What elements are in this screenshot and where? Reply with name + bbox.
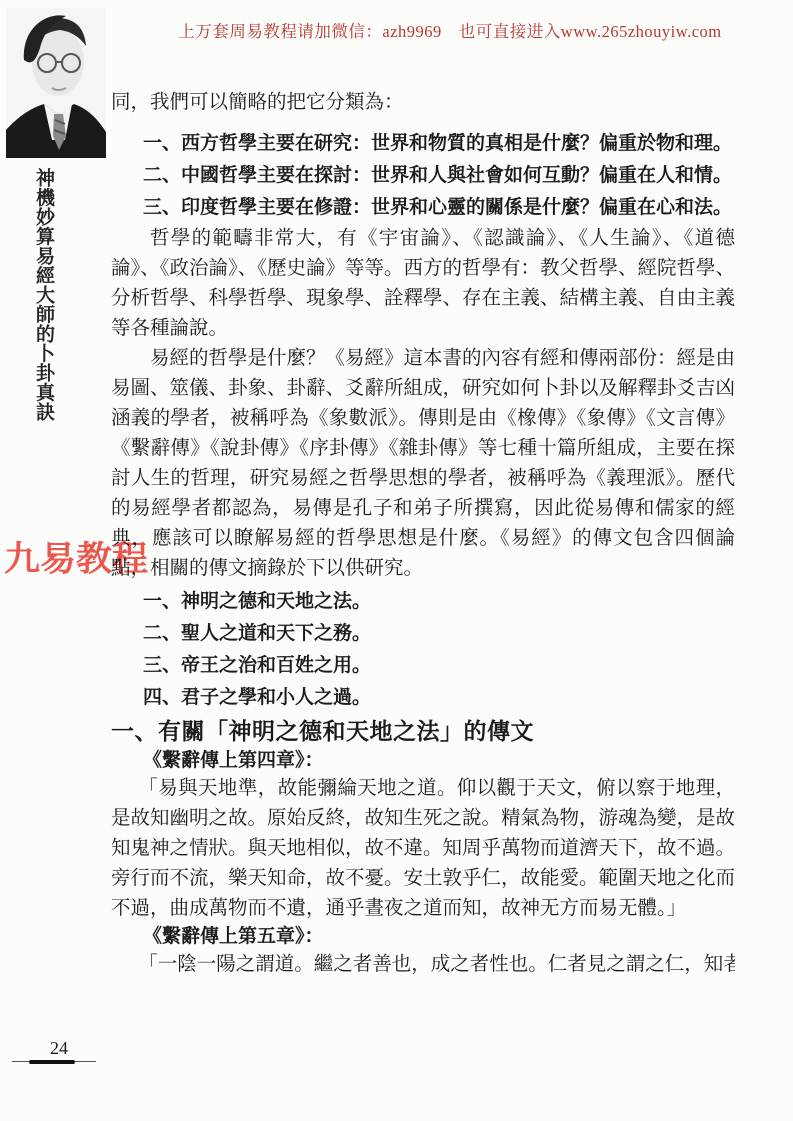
philosophy-classification-list: 一、西方哲學主要在研究：世界和物質的真相是什麼？偏重於物和理。 二、中國哲學主要… [111, 128, 735, 224]
list-item: 四、君子之學和小人之過。 [143, 682, 735, 714]
list-item: 三、印度哲學主要在修證：世界和心靈的關係是什麼？偏重在心和法。 [143, 192, 735, 224]
header-ad-text: 上万套周易教程请加微信：azh9969 也可直接进入www.265zhouyiw… [130, 18, 770, 42]
list-item: 三、帝王之治和百姓之用。 [143, 650, 735, 682]
author-photo [6, 8, 106, 158]
scanned-book-page: 上万套周易教程请加微信：azh9969 也可直接进入www.265zhouyiw… [0, 0, 793, 1121]
section-heading: 一、有關「神明之德和天地之法」的傳文 [111, 714, 735, 748]
list-item: 二、中國哲學主要在探討：世界和人與社會如何互動？偏重在人和情。 [143, 160, 735, 192]
page-number: 24 [14, 1037, 104, 1059]
author-portrait-drawing [6, 8, 106, 158]
list-item: 一、西方哲學主要在研究：世界和物質的真相是什麼？偏重於物和理。 [143, 128, 735, 160]
book-series-vertical-title: 神機妙算易經大師的卜卦真訣 [30, 168, 57, 422]
quote1-text: 「易與天地準，故能彌綸天地之道。仰以觀于天文，俯以察于地理，是故知幽明之故。原始… [111, 774, 735, 924]
quote2-heading: 《繫辭傳上第五章》： [111, 924, 735, 950]
footer-rule-thick-line [29, 1060, 75, 1064]
list-item: 一、神明之德和天地之法。 [143, 586, 735, 618]
four-points-list: 一、神明之德和天地之法。 二、聖人之道和天下之務。 三、帝王之治和百姓之用。 四… [111, 586, 735, 714]
paragraph-yijing-philosophy: 易經的哲學是什麼？《易經》這本書的內容有經和傳兩部份：經是由易圖、筮儀、卦象、卦… [111, 344, 735, 584]
paragraph-philosophy-scope: 哲學的範疇非常大，有《宇宙論》、《認識論》、《人生論》、《道德論》、《政治論》、… [111, 224, 735, 344]
quote2-first-line: 「一陰一陽之謂道。繼之者善也，成之者性也。仁者見之謂之仁，知者 [111, 950, 735, 980]
main-text-column: 同，我們可以簡略的把它分類為： 一、西方哲學主要在研究：世界和物質的真相是什麼？… [111, 88, 735, 980]
list-item: 二、聖人之道和天下之務。 [143, 618, 735, 650]
watermark-text: 九易教程 [4, 542, 148, 577]
footer-rule [12, 1060, 96, 1064]
quote1-heading: 《繫辭傳上第四章》： [111, 748, 735, 774]
continuation-line: 同，我們可以簡略的把它分類為： [111, 88, 735, 118]
